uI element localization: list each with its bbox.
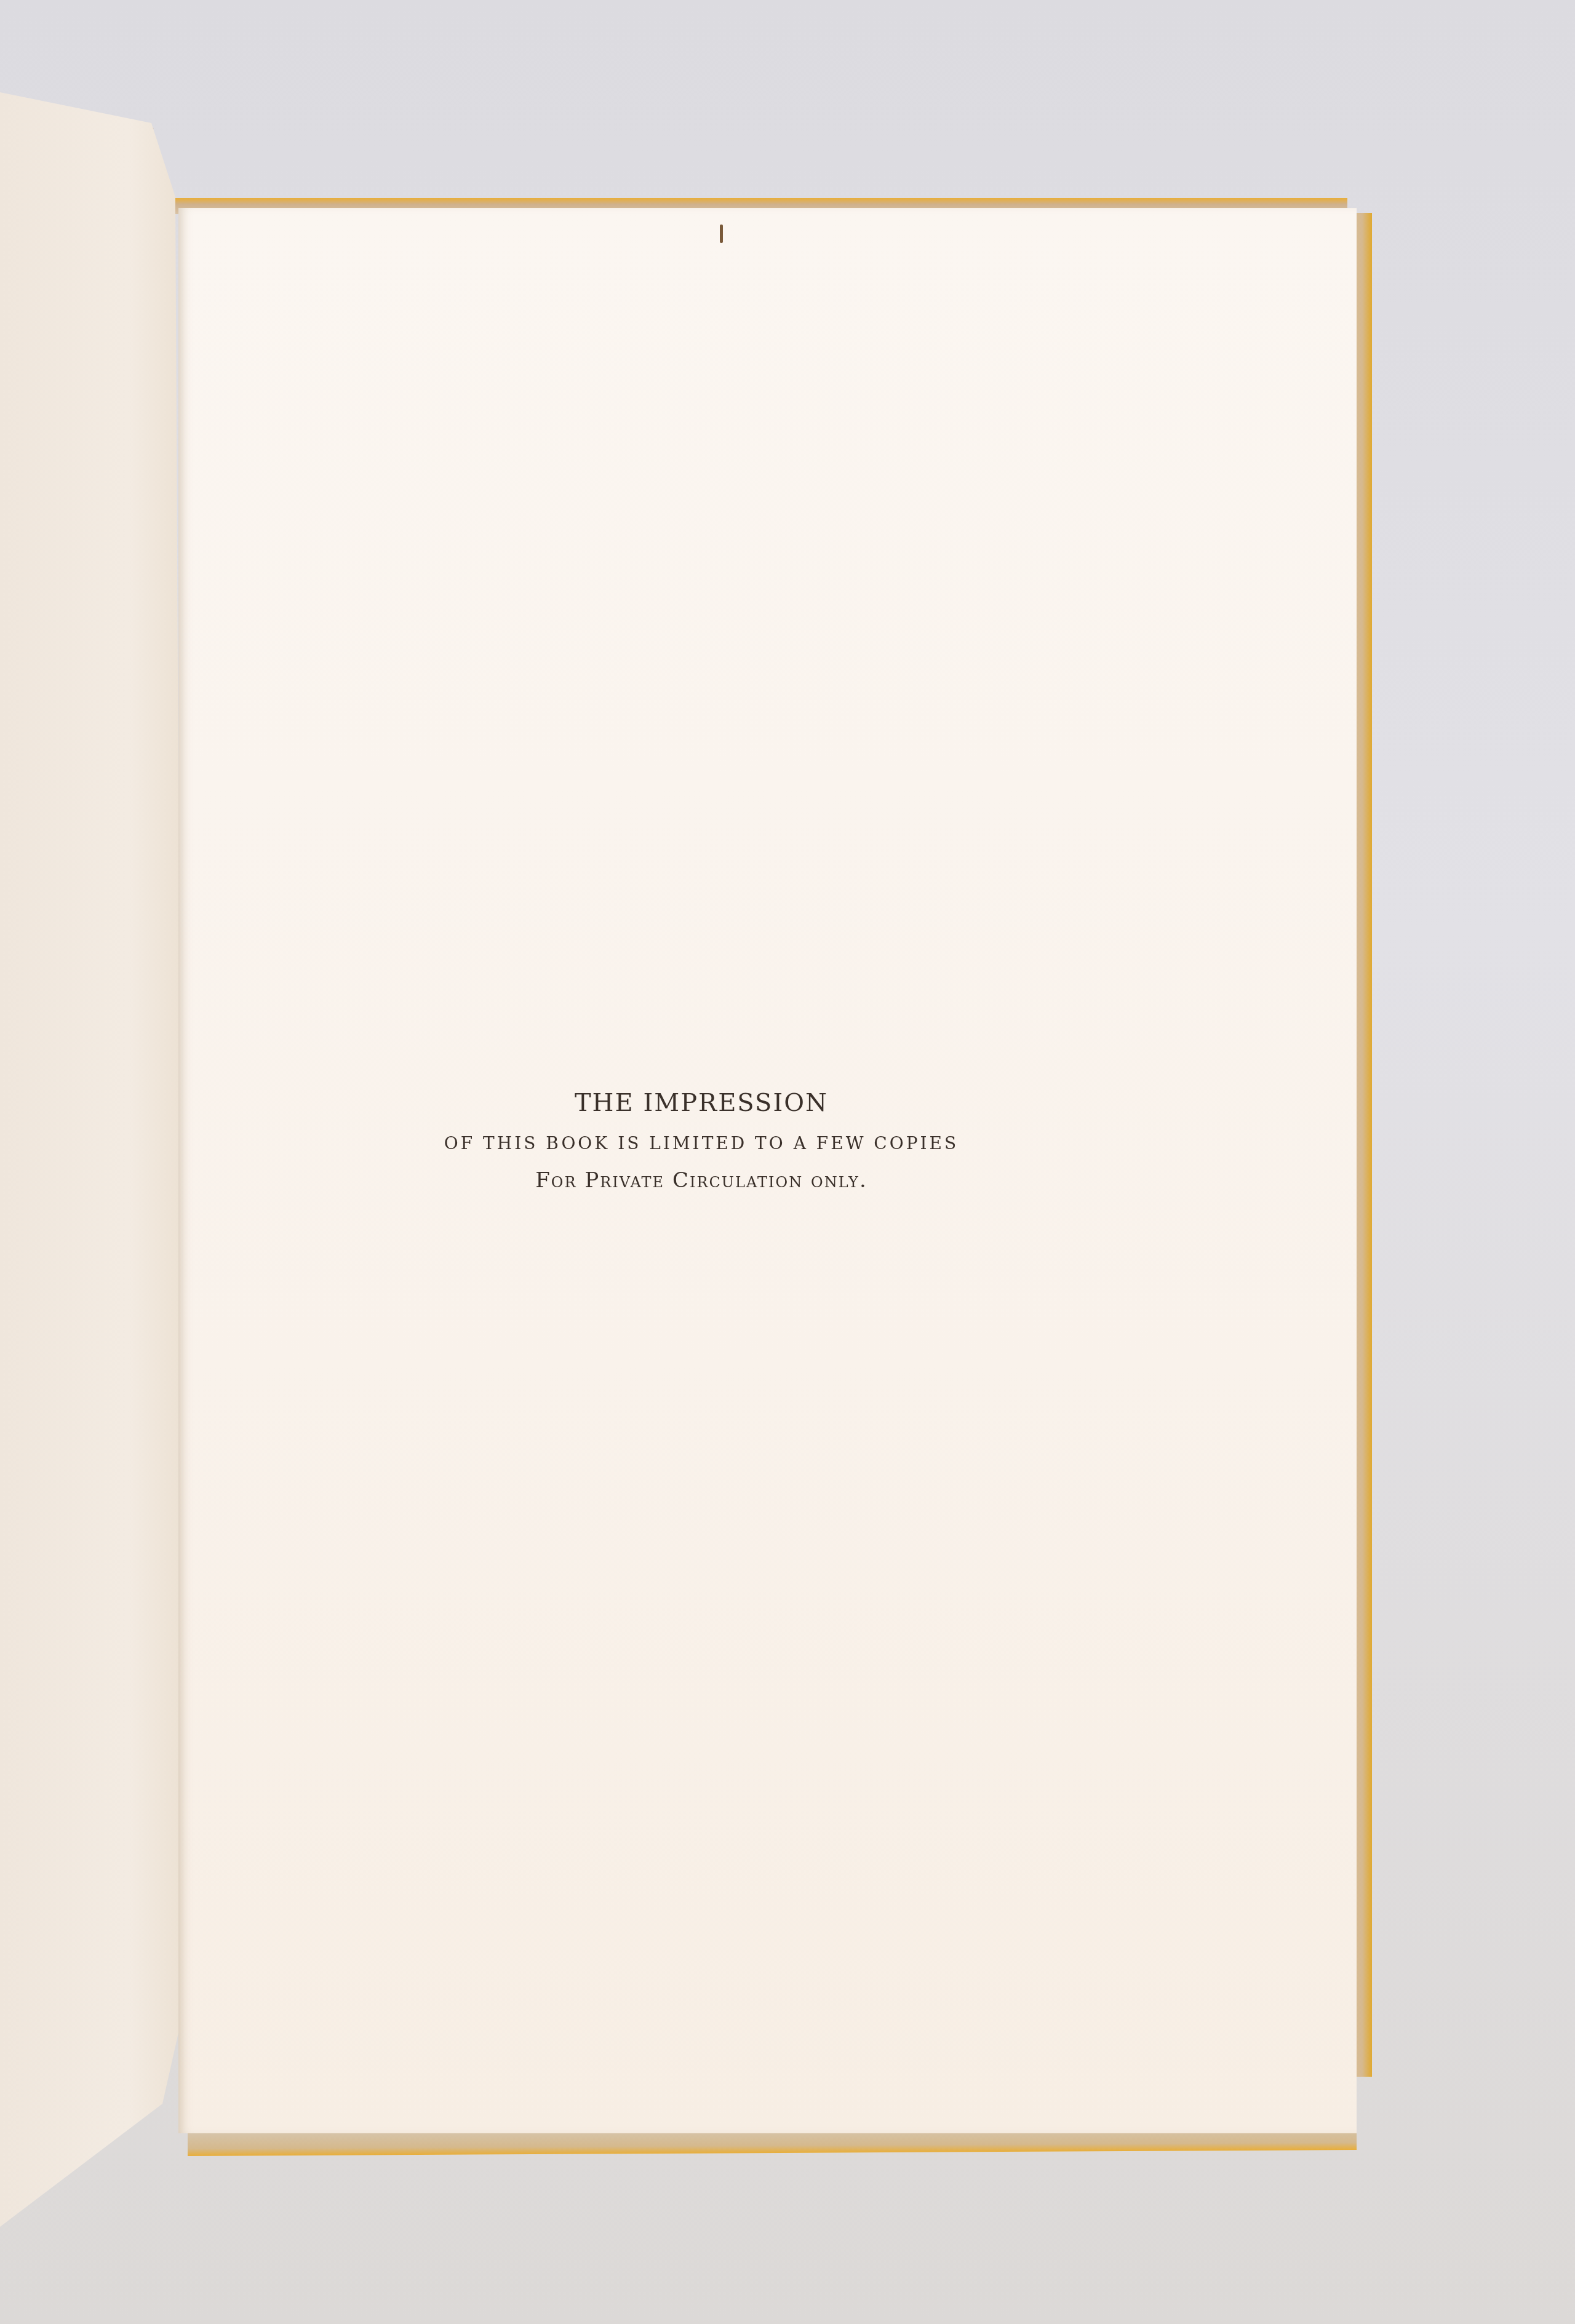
colophon-line-2: OF THIS BOOK IS LIMITED TO A FEW COPIES xyxy=(425,1133,978,1153)
colophon-line-3: For Private Circulation only. xyxy=(425,1168,978,1193)
left-page xyxy=(0,92,185,2227)
colophon-line-1: THE IMPRESSION xyxy=(425,1089,978,1117)
paper-blemish xyxy=(720,225,723,243)
limitation-statement: THE IMPRESSION OF THIS BOOK IS LIMITED T… xyxy=(425,1089,978,1193)
